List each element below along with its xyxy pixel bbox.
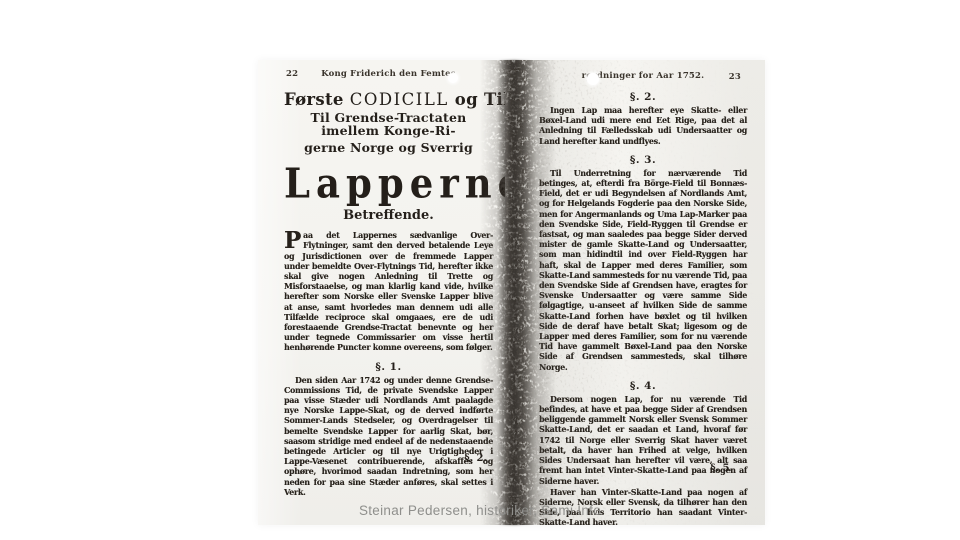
left-page: 22 Kong Friderich den Femtes Første CODI…: [258, 60, 505, 525]
intro-paragraph: Paa det Lappernes sædvanlige Over-Flytni…: [284, 231, 493, 353]
section-3-heading: §. 3.: [539, 154, 747, 166]
right-page-header: rordninger for Aar 1752. 23: [539, 71, 747, 84]
section-1-paragraph: Den siden Aar 1742 og under denne Grends…: [284, 376, 493, 498]
title-betreffende: Betreffende.: [284, 209, 493, 223]
left-page-number: 22: [286, 69, 298, 79]
scan-white-spot-left: [448, 73, 458, 83]
left-page-header: 22 Kong Friderich den Femtes: [284, 69, 493, 82]
right-running-title: rordninger for Aar 1752.: [539, 71, 747, 81]
right-catchword: §. 5.: [710, 463, 733, 474]
caption-credit: Steinar Pedersen, historiker, Sami Info: [0, 503, 960, 518]
section-4-heading: §. 4.: [539, 380, 747, 392]
right-page-number: 23: [729, 72, 741, 82]
title-line-2: Til Grendse-Tractaten imellem Konge-Ri-: [284, 111, 493, 137]
title-lapperne: Lapperne: [284, 161, 493, 205]
section-2-paragraph: Ingen Lap maa herefter eye Skatte- eller…: [539, 106, 747, 147]
left-catchword: §. 2.: [464, 453, 487, 464]
section-3-paragraph: Til Underretning for nærværende Tid beti…: [539, 169, 747, 373]
title-word-codicill: CODICILL: [350, 90, 449, 109]
intro-text: aa det Lappernes sædvanlige Over-Flytnin…: [284, 231, 493, 352]
title-line-3: gerne Norge og Sverrig: [284, 141, 493, 154]
document-scan: 22 Kong Friderich den Femtes Første CODI…: [258, 60, 765, 525]
title-word-forste: Første: [284, 90, 344, 109]
intro-dropcap: P: [284, 231, 303, 250]
right-page: rordninger for Aar 1752. 23 §. 2. Ingen …: [505, 60, 765, 525]
left-running-title: Kong Friderich den Femtes: [284, 69, 493, 79]
title-line-1: Første CODICILL og Tillæg: [284, 91, 493, 108]
section-2-heading: §. 2.: [539, 91, 747, 103]
codicil-title-block: Første CODICILL og Tillæg Til Grendse-Tr…: [284, 91, 493, 222]
scan-white-spot-right: [587, 73, 599, 85]
title-word-og-tillaeg: og Tillæg: [455, 90, 505, 109]
section-1-heading: §. 1.: [284, 361, 493, 373]
presentation-slide: 22 Kong Friderich den Femtes Første CODI…: [0, 0, 960, 540]
